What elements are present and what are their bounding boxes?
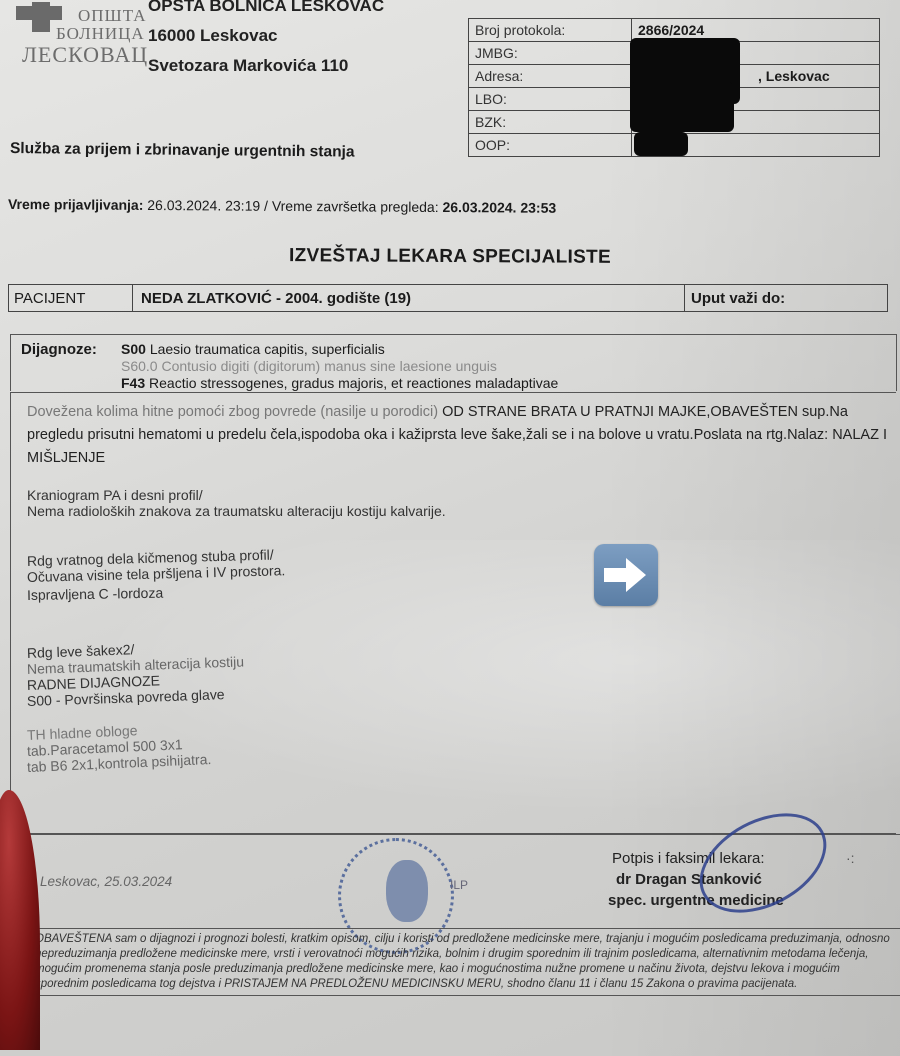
stamp-label: ILP (450, 878, 468, 892)
diagnoses-box: Dijagnoze: S00 Laesio traumatica capitis… (10, 334, 897, 391)
id-row-oop: OOP: (469, 134, 880, 157)
visit-times: Vreme prijavljivanja: 26.03.2024. 23:19 … (8, 196, 556, 216)
arrival-time: 26.03.2024. 23:19 (147, 197, 260, 214)
logo-line-3: ЛЕСКОВАЦ (22, 42, 148, 68)
logo-line-1: ОПШТА (78, 6, 147, 26)
diagnosis-item: S60.0 Contusio digiti (digitorum) manus … (121, 358, 497, 374)
arrow-glyph (604, 556, 648, 594)
arrival-label: Vreme prijavljivanja: (8, 196, 144, 213)
consent-line: OBAVEŠTENA sam o dijagnozi i prognozi bo… (35, 933, 890, 945)
right-arrow-icon (594, 544, 658, 606)
id-label: Broj protokola: (469, 19, 632, 42)
cross-icon-vertical (32, 2, 50, 32)
id-row-jmbg: JMBG: (469, 42, 880, 65)
id-label: Adresa: (469, 65, 632, 88)
patient-row: PACIJENT NEDA ZLATKOVIĆ - 2004. godište … (8, 284, 888, 312)
referral-valid-label: Uput važi do: (685, 285, 887, 311)
anamnesis-part: Dovežena kolima hitne pomoći zbog povred… (27, 404, 442, 420)
consent-line: nepreduzimanja predložene medicinske mer… (35, 948, 868, 960)
redaction (634, 132, 688, 156)
hospital-postal: 16000 Leskovac (148, 24, 384, 48)
end-time: 26.03.2024. 23:53 (442, 199, 556, 216)
hospital-street: Svetozara Markovića 110 (148, 54, 384, 78)
id-row-lbo: LBO: (469, 88, 880, 111)
place-date: Leskovac, 25.03.2024 (40, 874, 172, 889)
department-name: Služba za prijem i zbrinavanje urgentnih… (10, 140, 355, 162)
diagnosis-text: Contusio digiti (digitorum) manus sine l… (161, 358, 496, 374)
diagnosis-text: Reactio stressogenes, gradus majoris, et… (149, 375, 558, 391)
hospital-name: OPŠTA BOLNICA LESKOVAC (148, 0, 384, 18)
hospital-address: OPŠTA BOLNICA LESKOVAC 16000 Leskovac Sv… (148, 0, 384, 78)
fingerprint (386, 860, 428, 922)
logo-line-2: БОЛНИЦА (56, 24, 145, 44)
address-city: , Leskovac (758, 68, 830, 84)
patient-id-table: Broj protokola: 2866/2024 JMBG: Adresa: … (468, 18, 880, 157)
id-label: JMBG: (469, 42, 632, 65)
diagnosis-code: S60.0 (121, 358, 158, 374)
diagnosis-code: S00 (121, 341, 146, 357)
id-label: BZK: (469, 111, 632, 134)
diagnoses-label: Dijagnoze: (21, 341, 97, 358)
patient-name: NEDA ZLATKOVIĆ - 2004. godište (19) (133, 285, 685, 311)
diagnosis-text: Laesio traumatica capitis, superficialis (150, 341, 385, 357)
report-line: Nema radioloških znakova za traumatsku a… (27, 503, 446, 519)
diagnosis-item: F43 Reactio stressogenes, gradus majoris… (121, 375, 558, 391)
consent-line: mogućim promenema stanja posle preduzima… (35, 963, 840, 975)
consent-line: sporednim posledicama tog dejstva i PRIS… (35, 978, 797, 990)
bzk-value (632, 111, 880, 134)
id-row-bzk: BZK: (469, 111, 880, 134)
patient-label: PACIJENT (9, 285, 133, 311)
lbo-value (632, 88, 880, 111)
hospital-logo: ОПШТА БОЛНИЦА ЛЕСКОВАЦ (8, 2, 148, 74)
anamnesis: Dovežena kolima hitne pomoći zbog povred… (27, 401, 892, 470)
jmbg-value (632, 42, 880, 65)
diagnosis-code: F43 (121, 375, 145, 391)
id-label: OOP: (469, 134, 632, 157)
end-label: / Vreme završetka pregleda: (264, 198, 439, 215)
report-body: Dovežena kolima hitne pomoći zbog povred… (10, 392, 896, 834)
patient-consent: OBAVEŠTENA sam o dijagnozi i prognozi bo… (30, 928, 900, 996)
report-title: IZVEŠTAJ LEKARA SPECIJALISTE (0, 244, 900, 271)
report-line: Kraniogram PA i desni profil/ (27, 487, 203, 503)
diagnosis-item: S00 Laesio traumatica capitis, superfici… (121, 341, 385, 357)
oop-value (632, 134, 880, 157)
report-line: Ispravljena C -lordoza (27, 585, 163, 603)
id-label: LBO: (469, 88, 632, 111)
stamp-mark: ·: (846, 850, 855, 866)
